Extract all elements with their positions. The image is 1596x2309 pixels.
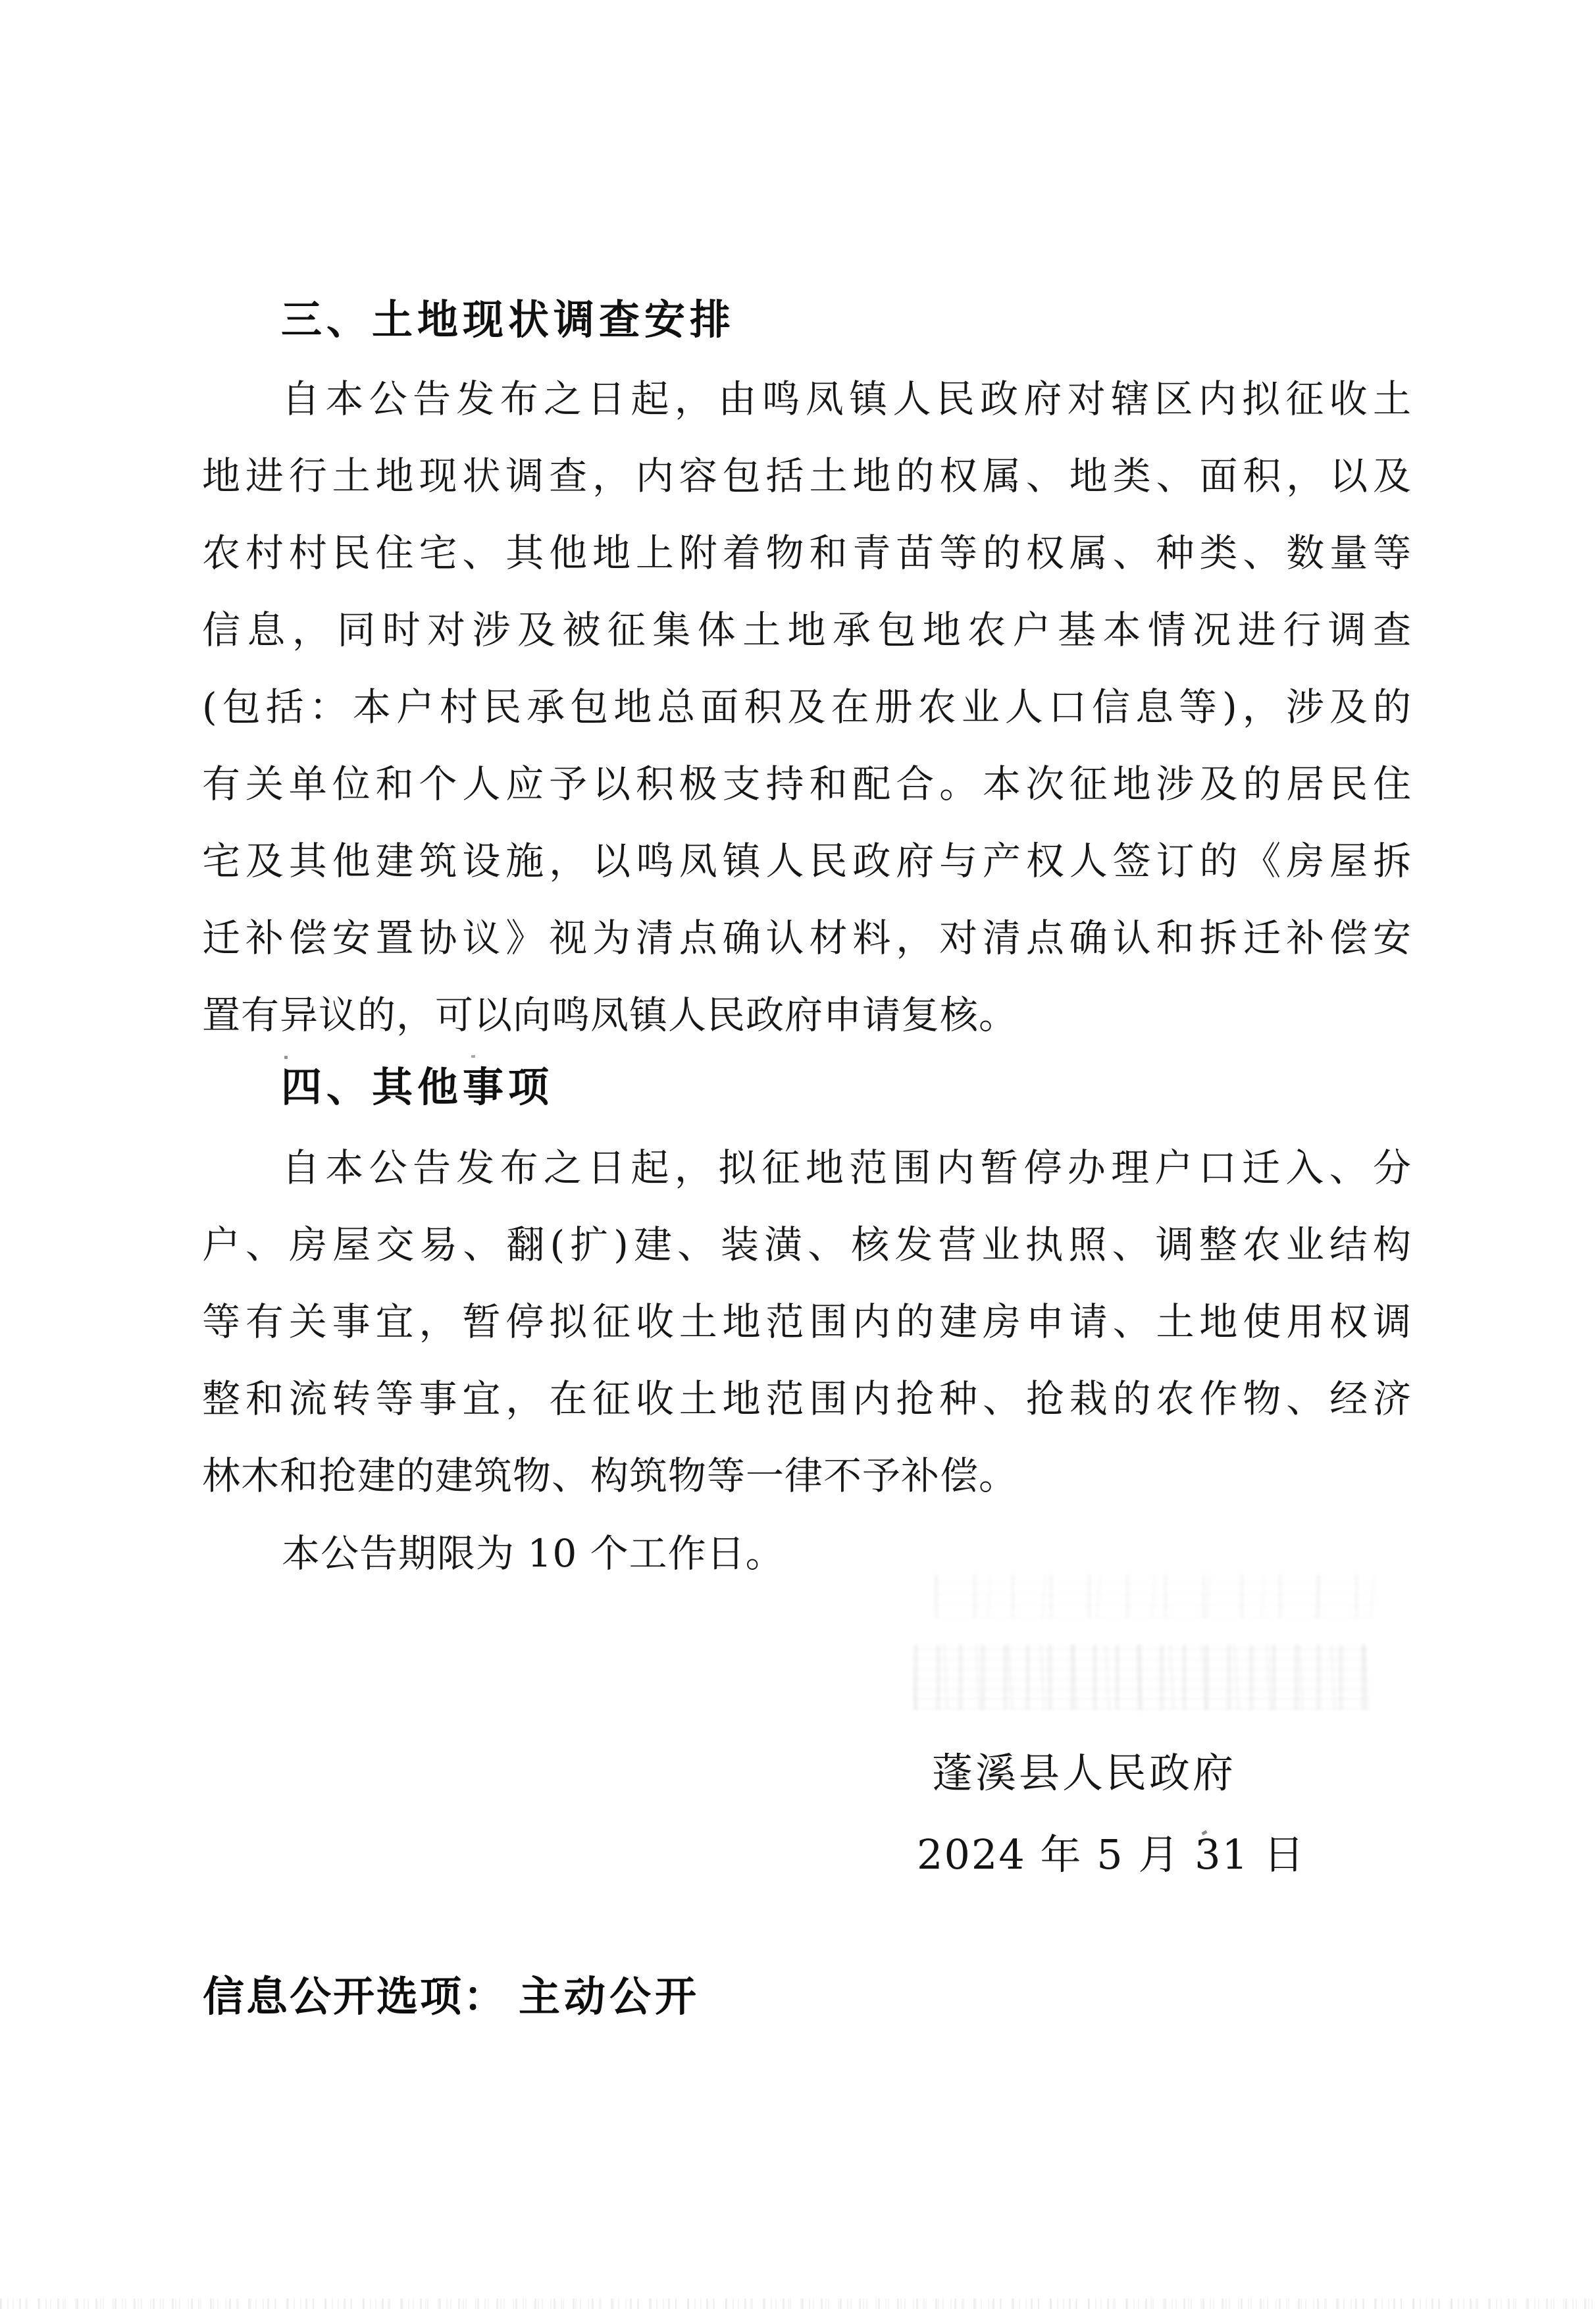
body-text-line: 户、房屋交易、翻(扩)建、装潢、核发营业执照、调整农业结构 [202, 1206, 1412, 1284]
announcement-page: 三、土地现状调查安排 自本公告发布之日起，由鸣凤镇人民政府对辖区内拟征收土 地进… [0, 0, 1596, 2309]
scan-speck [284, 1056, 288, 1059]
issue-date: 2024 年 5 月 31 日 [917, 1831, 1306, 1879]
body-text-line: 迁补偿安置协议》视为清点确认材料，对清点确认和拆迁补偿安 [202, 900, 1412, 977]
body-text-line: 有关单位和个人应予以积极支持和配合。本次征地涉及的居民住 [202, 746, 1412, 823]
disclosure-line: 信息公开选项：主动公开 [203, 1972, 700, 2021]
scan-noise-strip [0, 2298, 1596, 2309]
notice-period-line: 本公告期限为 10 个工作日。 [202, 1515, 1412, 1592]
section-3-heading: 三、土地现状调查安排 [281, 298, 735, 344]
body-text-line: 置有异议的，可以向鸣凤镇人民政府申请复核。 [202, 977, 1412, 1054]
disclosure-value: 主动公开 [519, 1972, 700, 2021]
body-text-line: (包括：本户村民承包地总面积及在册农业人口信息等)，涉及的 [202, 669, 1412, 746]
body-text-line: 自本公告发布之日起，拟征地范围内暂停办理户口迁入、分 [202, 1129, 1412, 1206]
body-text-line: 林木和抢建的建筑物、构筑物等一律不予补偿。 [202, 1438, 1412, 1515]
body-text-line: 宅及其他建筑设施，以鸣凤镇人民政府与产权人签订的《房屋拆 [202, 823, 1412, 900]
body-text-line: 自本公告发布之日起，由鸣凤镇人民政府对辖区内拟征收土 [202, 361, 1412, 438]
body-text-line: 信息，同时对涉及被征集体土地承包地农户基本情况进行调查 [202, 592, 1412, 669]
scan-speck [471, 1055, 475, 1058]
body-text-line: 等有关事宜，暂停拟征收土地范围内的建房申请、土地使用权调 [202, 1284, 1412, 1361]
section-4-heading: 四、其他事项 [281, 1065, 553, 1111]
body-text-line: 整和流转等事宜，在征收土地范围内抢种、抢栽的农作物、经济 [202, 1361, 1412, 1438]
body-text-line: 地进行土地现状调查，内容包括土地的权属、地类、面积，以及 [202, 438, 1412, 515]
body-text-line: 农村村民住宅、其他地上附着物和青苗等的权属、种类、数量等 [202, 515, 1412, 592]
disclosure-label: 信息公开选项： [203, 1974, 507, 2020]
issuer-name: 蓬溪县人民政府 [932, 1750, 1236, 1797]
bleedthrough-artifact [914, 1644, 1369, 1710]
